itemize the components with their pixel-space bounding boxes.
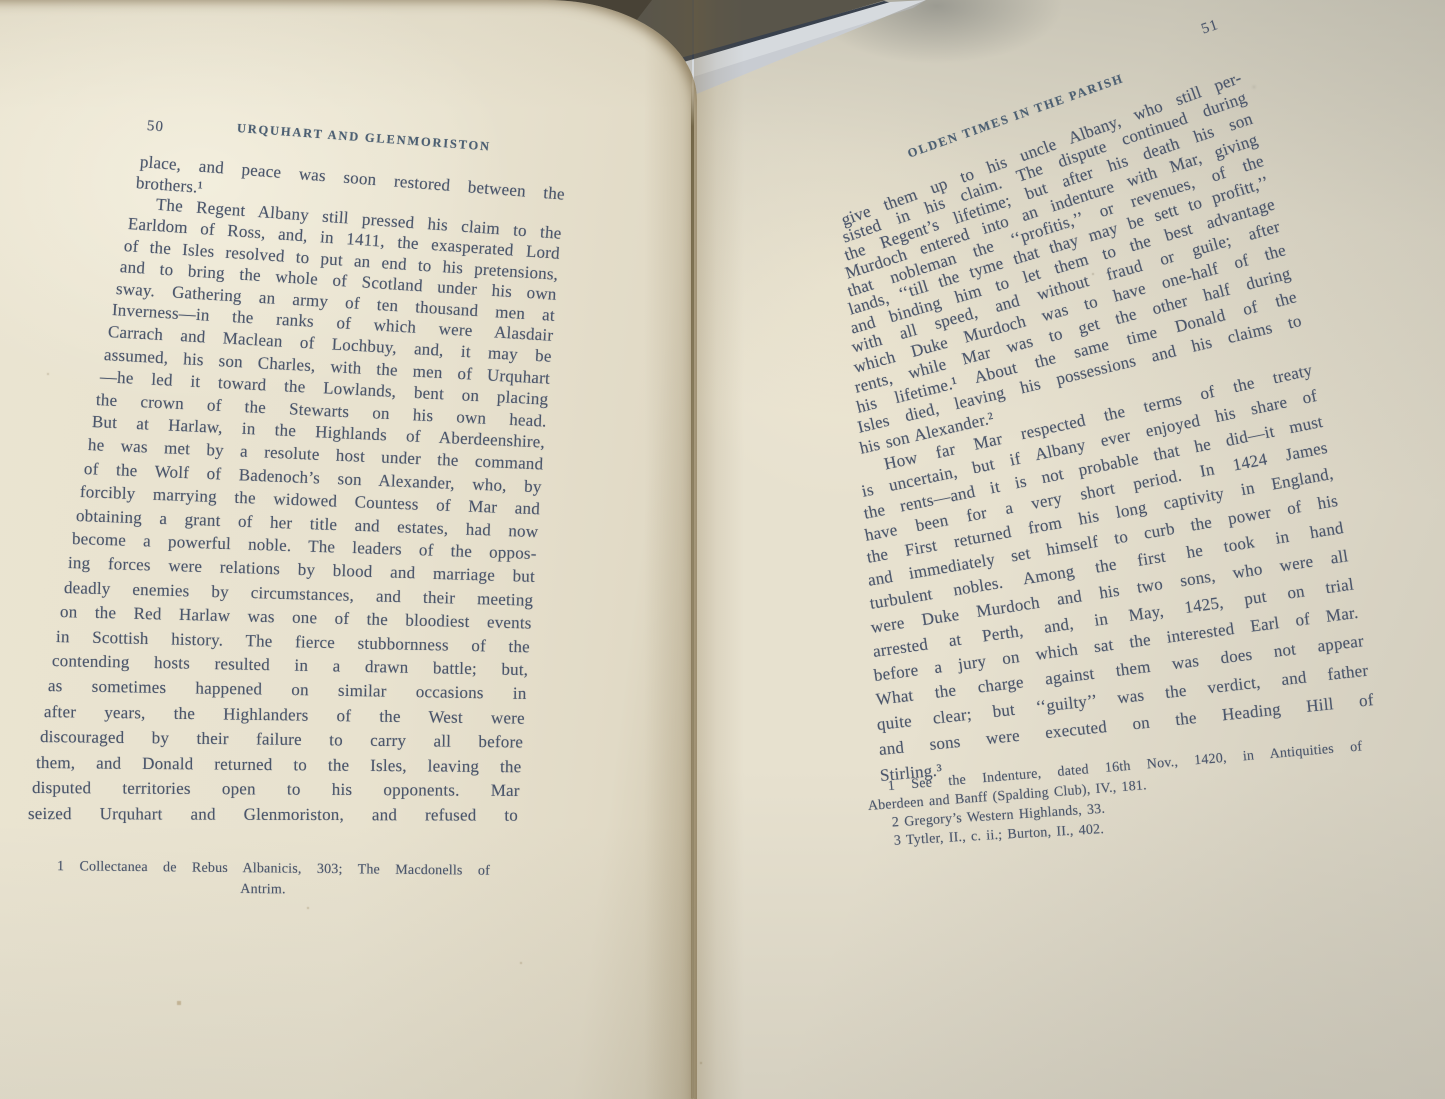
- dust-specks: [0, 0, 2, 2]
- gutter-shadow-left: [644, 0, 692, 1099]
- right-page: [690, 0, 1445, 1099]
- gutter-shadow-right: [694, 0, 744, 1099]
- book-photograph: 50 URQUHART AND GLENMORISTON 51 OLDEN TI…: [0, 0, 1445, 1099]
- left-page: [0, 0, 697, 1099]
- left-page-number: 50: [146, 117, 164, 136]
- book-gutter-seam: [691, 86, 694, 1099]
